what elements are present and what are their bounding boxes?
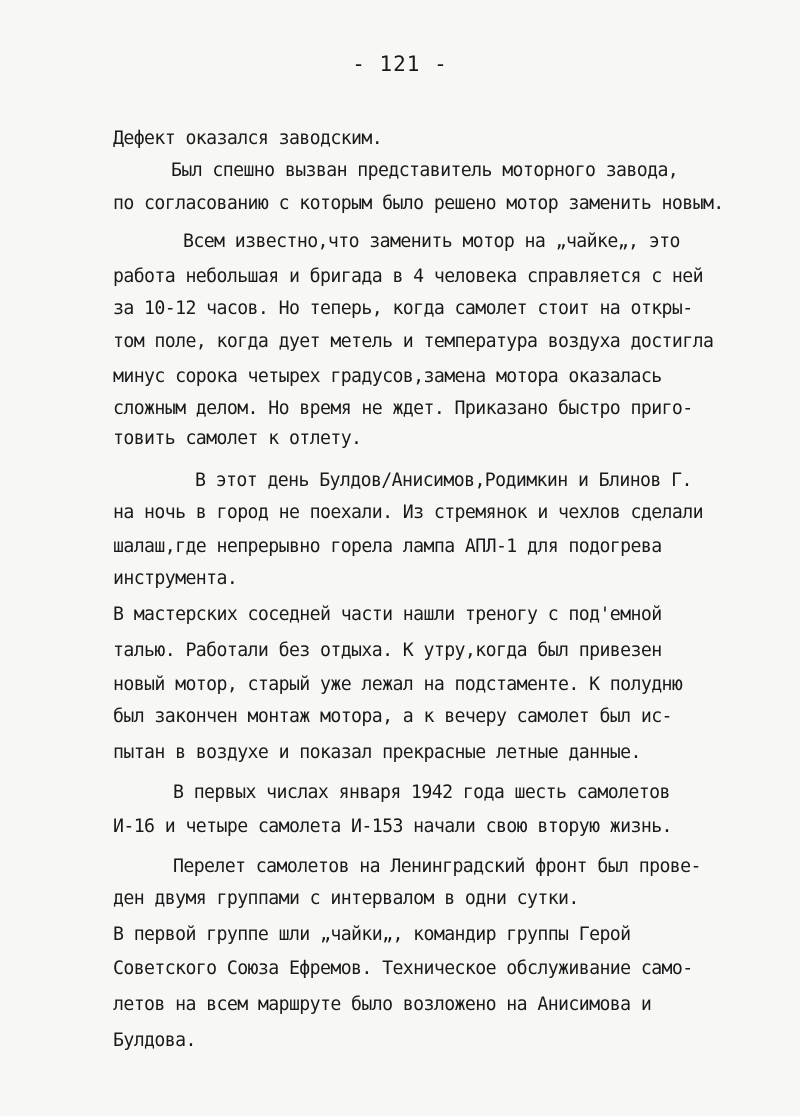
page-number: - 121 - bbox=[0, 52, 800, 76]
text-line: товить самолет к отлету. bbox=[113, 428, 361, 449]
text-line: Перелет самолетов на Ленинградский фронт… bbox=[173, 856, 701, 877]
text-line: талью. Работали без отдыха. К утру,когда… bbox=[113, 640, 662, 661]
text-line: том поле, когда дует метель и температур… bbox=[113, 331, 713, 352]
text-line: на ночь в город не поехали. Из стремянок… bbox=[113, 502, 703, 523]
text-line: Был спешно вызван представитель моторног… bbox=[171, 160, 678, 181]
text-line: за 10-12 часов. Но теперь, когда самолет… bbox=[113, 298, 693, 319]
text-line: ден двумя группами с интервалом в одни с… bbox=[113, 888, 579, 909]
text-line: Всем известно,что заменить мотор на „чай… bbox=[183, 231, 680, 252]
text-line: был закончен монтаж мотора, а к вечеру с… bbox=[113, 706, 672, 727]
text-line: сложным делом. Но время не ждет. Приказа… bbox=[113, 398, 693, 419]
text-line: В первых числах января 1942 года шесть с… bbox=[173, 782, 670, 803]
text-line: Булдова. bbox=[113, 1030, 196, 1051]
text-line: минус сорока четырех градусов,замена мот… bbox=[113, 366, 662, 387]
text-line: пытан в воздухе и показал прекрасные лет… bbox=[113, 742, 641, 763]
text-line: инструмента. bbox=[113, 568, 237, 589]
text-line: В первой группе шли „чайки„, командир гр… bbox=[113, 924, 631, 945]
text-line: новый мотор, старый уже лежал на подстам… bbox=[113, 674, 682, 695]
text-line: летов на всем маршруте было возложено на… bbox=[113, 994, 651, 1015]
text-line: Дефект оказался заводским. bbox=[113, 128, 382, 149]
text-line: шалаш,где непрерывно горела лампа АПЛ-1 … bbox=[113, 536, 662, 557]
text-line: работа небольшая и бригада в 4 человека … bbox=[113, 266, 703, 287]
text-line: И-16 и четыре самолета И-153 начали свою… bbox=[113, 816, 672, 837]
text-line: В этот день Булдов/Анисимов,Родимкин и Б… bbox=[195, 470, 692, 491]
text-line: Советского Союза Ефремов. Техническое об… bbox=[113, 958, 693, 979]
text-line: В мастерских соседней части нашли треног… bbox=[113, 604, 662, 625]
text-line: по согласованию с которым было решено мо… bbox=[113, 193, 724, 214]
